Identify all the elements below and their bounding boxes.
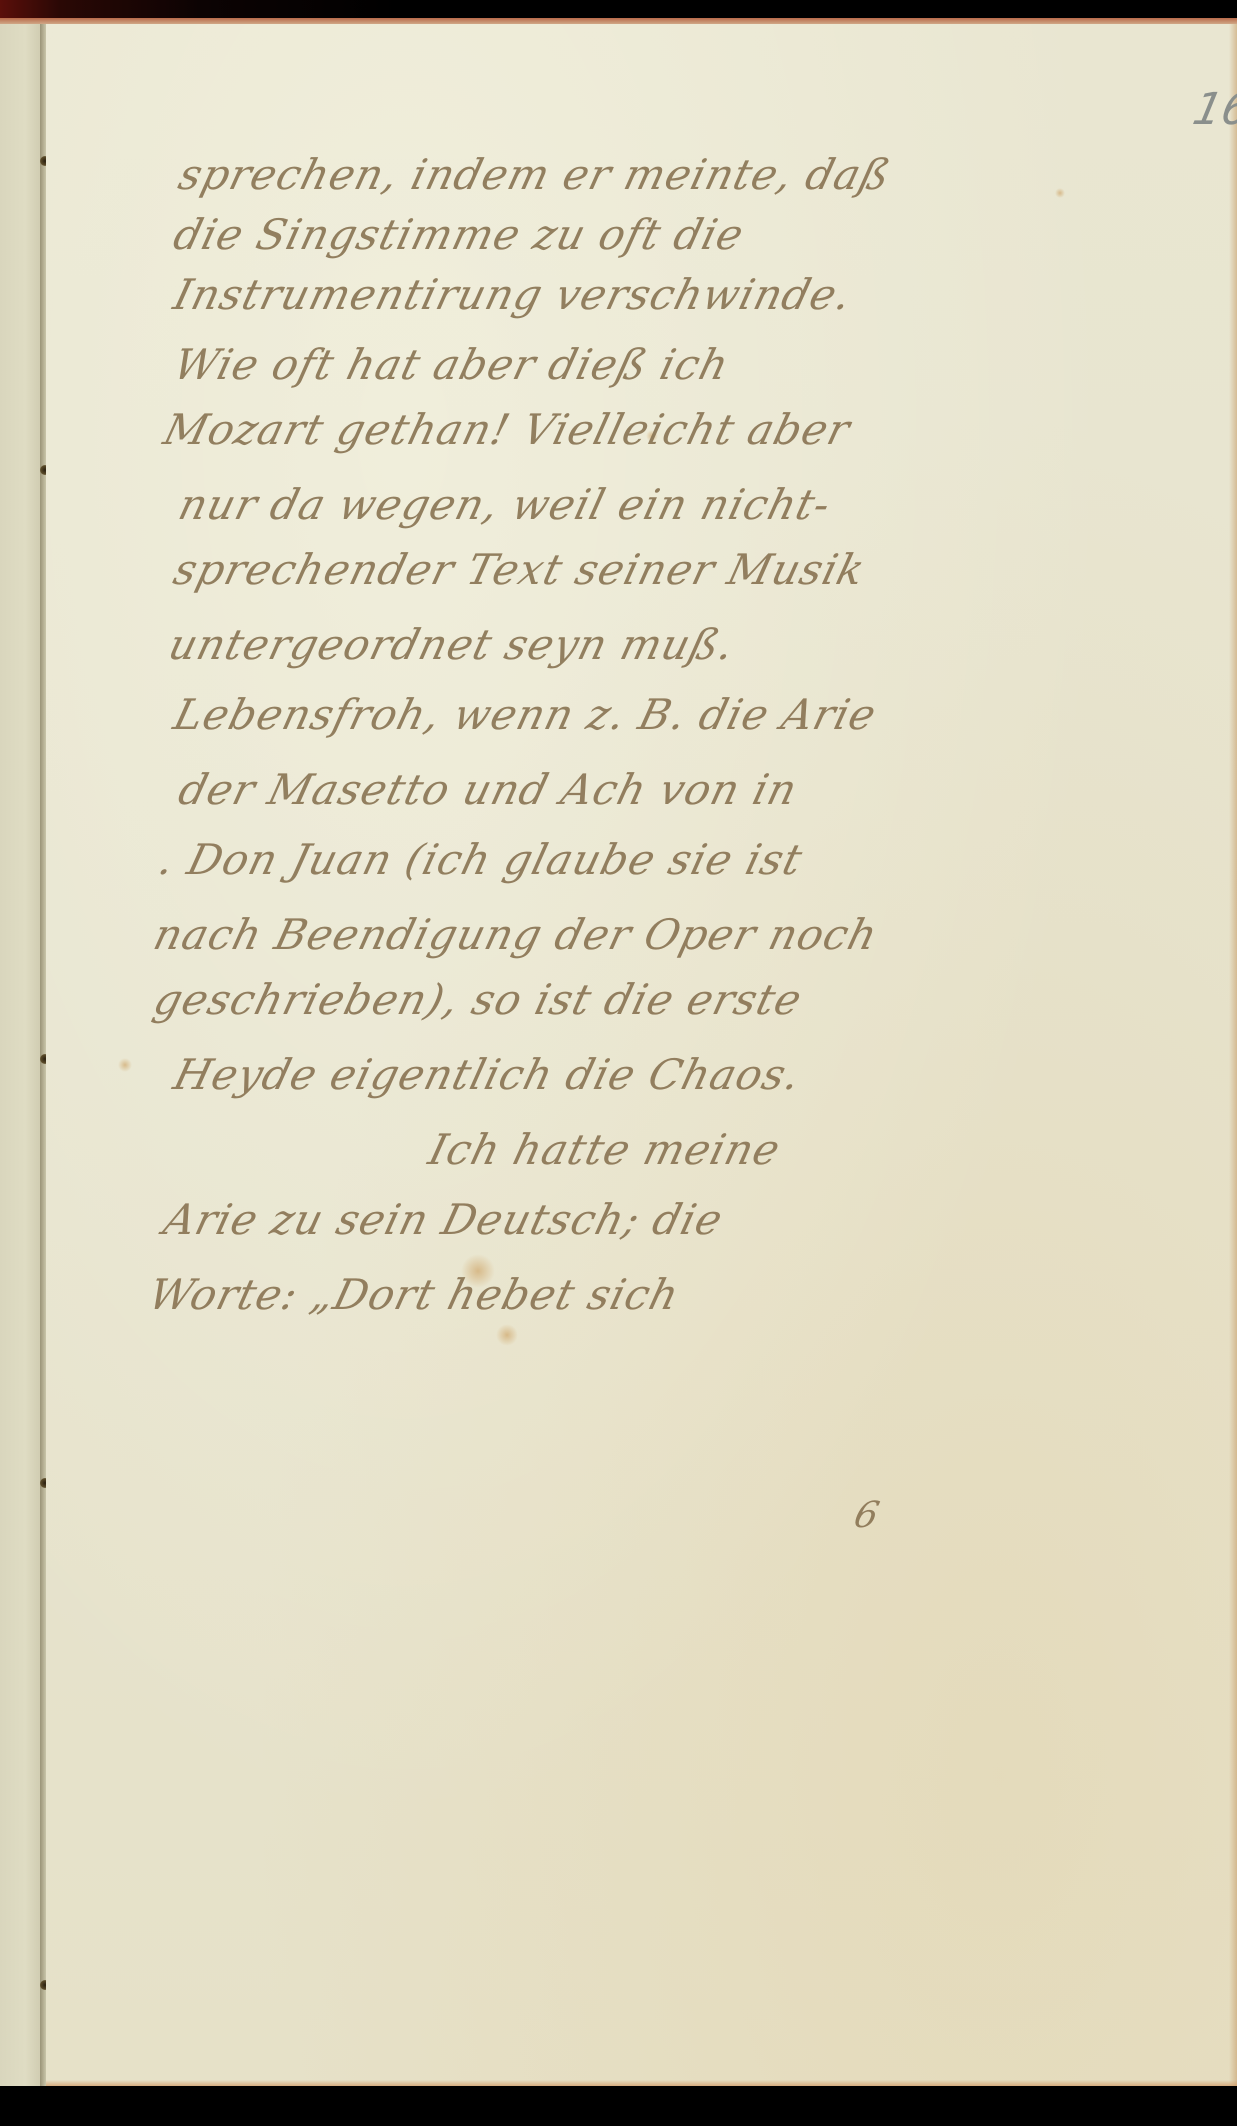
stray-ink-mark: 6 xyxy=(850,1495,884,1536)
handwritten-line: Lebensfroh, wenn z. B. die Arie xyxy=(169,690,882,739)
handwritten-line: die Singstimme zu oft die xyxy=(169,210,749,259)
foxing-stain xyxy=(1055,188,1065,198)
handwritten-line: Ich hatte meine xyxy=(424,1125,786,1174)
handwritten-line: Worte: „Dort hebet sich xyxy=(144,1270,685,1319)
handwritten-line: nur da wegen, weil ein nicht- xyxy=(174,480,836,529)
handwritten-line: geschrieben), so ist die erste xyxy=(149,975,807,1024)
handwritten-line: sprechender Text seiner Musik xyxy=(169,545,870,594)
handwritten-line: der Masetto und Ach von in xyxy=(174,765,803,814)
handwritten-line: Mozart gethan! Vielleicht aber xyxy=(159,405,856,454)
handwritten-line: Instrumentirung verschwinde. xyxy=(169,270,857,319)
handwritten-line: Wie oft hat aber dieß ich xyxy=(169,340,734,389)
foxing-stain xyxy=(496,1324,518,1346)
handwritten-line: Arie zu sein Deutsch; die xyxy=(159,1195,728,1244)
page-right-edge xyxy=(1229,24,1237,2086)
handwritten-line: sprechen, indem er meinte, daß xyxy=(174,150,896,199)
manuscript-page: 16 sprechen, indem er meinte, daß die Si… xyxy=(46,24,1237,2086)
facing-page-edge xyxy=(0,24,42,2086)
scan-bottom-border xyxy=(0,2086,1237,2126)
handwritten-line: Heyde eigentlich die Chaos. xyxy=(169,1050,806,1099)
folio-number: 16 xyxy=(1189,84,1237,135)
handwritten-line: nach Beendigung der Oper noch xyxy=(149,910,883,959)
handwritten-line: untergeordnet seyn muß. xyxy=(164,620,740,669)
foxing-stain xyxy=(118,1058,132,1072)
handwritten-line: . Don Juan (ich glaube sie ist xyxy=(154,835,808,884)
